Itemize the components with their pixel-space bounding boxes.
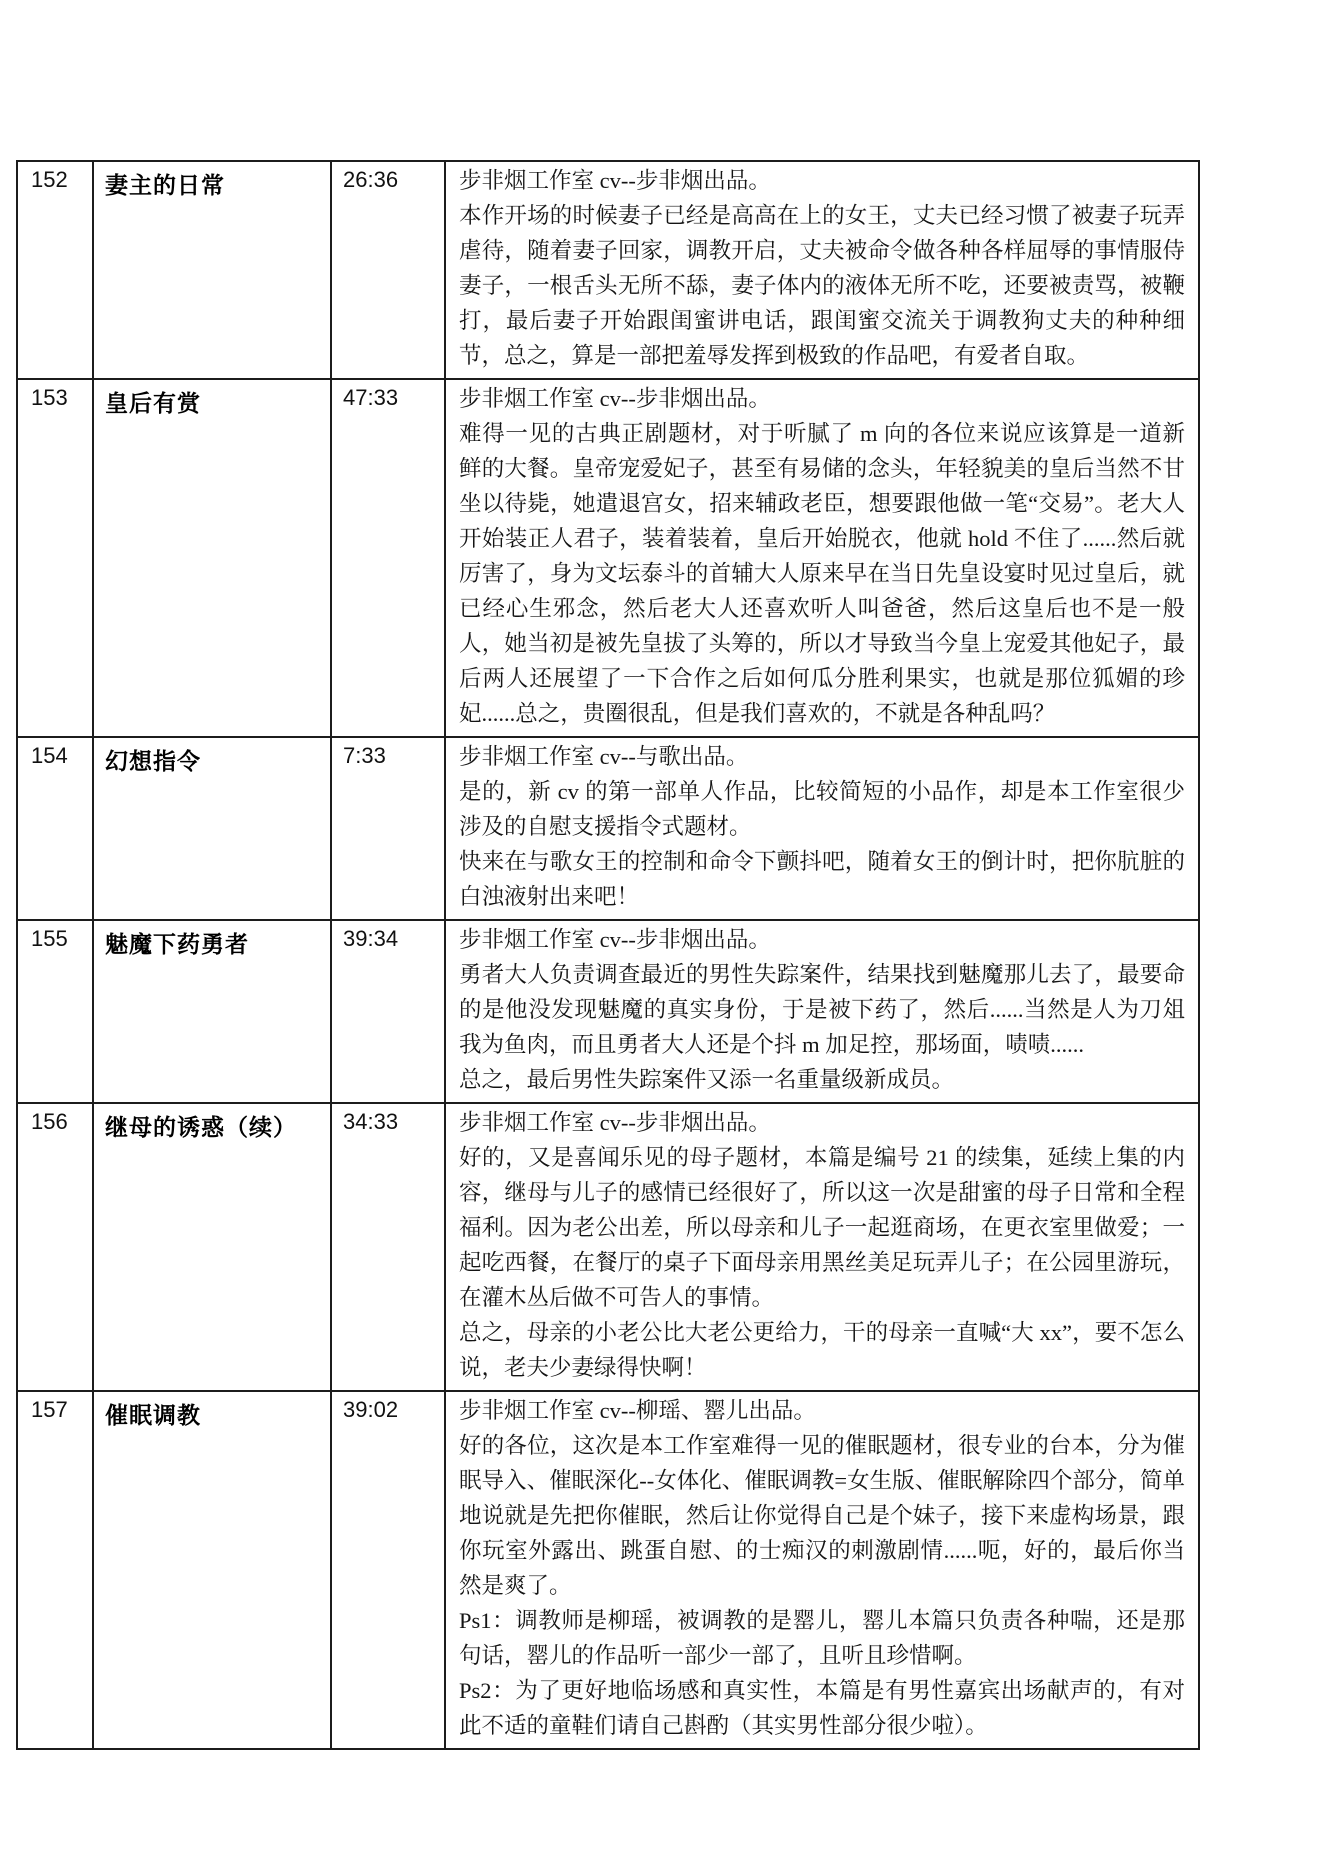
row-duration: 34:33 <box>331 1103 445 1391</box>
description-paragraph: 勇者大人负责调查最近的男性失踪案件，结果找到魅魔那儿去了，最要命的是他没发现魅魔… <box>459 957 1185 1062</box>
description-paragraph: 本作开场的时候妻子已经是高高在上的女王，丈夫已经习惯了被妻子玩弄虐待，随着妻子回… <box>459 198 1185 373</box>
row-title: 皇后有赏 <box>93 379 331 737</box>
description-paragraph: 快来在与歌女王的控制和命令下颤抖吧，随着女王的倒计时，把你肮脏的白浊液射出来吧！ <box>459 844 1185 914</box>
table-row: 153 皇后有赏 47:33 步非烟工作室 cv--步非烟出品。难得一见的古典正… <box>17 379 1199 737</box>
audio-works-table: 152 妻主的日常 26:36 步非烟工作室 cv--步非烟出品。本作开场的时候… <box>16 160 1200 1750</box>
table-row: 156 继母的诱惑（续） 34:33 步非烟工作室 cv--步非烟出品。好的，又… <box>17 1103 1199 1391</box>
row-title: 魅魔下药勇者 <box>93 920 331 1103</box>
row-description: 步非烟工作室 cv--柳瑶、罂儿出品。好的各位，这次是本工作室难得一见的催眠题材… <box>445 1391 1199 1749</box>
row-duration: 47:33 <box>331 379 445 737</box>
row-title: 妻主的日常 <box>93 161 331 379</box>
description-paragraph: 步非烟工作室 cv--步非烟出品。 <box>459 922 1185 957</box>
table-row: 157 催眠调教 39:02 步非烟工作室 cv--柳瑶、罂儿出品。好的各位，这… <box>17 1391 1199 1749</box>
description-paragraph: 步非烟工作室 cv--与歌出品。 <box>459 739 1185 774</box>
row-duration: 7:33 <box>331 737 445 920</box>
row-description: 步非烟工作室 cv--步非烟出品。好的，又是喜闻乐见的母子题材，本篇是编号 21… <box>445 1103 1199 1391</box>
row-duration: 39:34 <box>331 920 445 1103</box>
row-number: 153 <box>17 379 93 737</box>
row-title: 继母的诱惑（续） <box>93 1103 331 1391</box>
description-paragraph: 步非烟工作室 cv--步非烟出品。 <box>459 163 1185 198</box>
table-row: 154 幻想指令 7:33 步非烟工作室 cv--与歌出品。是的，新 cv 的第… <box>17 737 1199 920</box>
row-number: 155 <box>17 920 93 1103</box>
description-paragraph: 好的各位，这次是本工作室难得一见的催眠题材，很专业的台本，分为催眠导入、催眠深化… <box>459 1428 1185 1603</box>
description-paragraph: 难得一见的古典正剧题材，对于听腻了 m 向的各位来说应该算是一道新鲜的大餐。皇帝… <box>459 416 1185 731</box>
row-number: 154 <box>17 737 93 920</box>
description-paragraph: Ps2：为了更好地临场感和真实性，本篇是有男性嘉宾出场献声的，有对此不适的童鞋们… <box>459 1673 1185 1743</box>
description-paragraph: 总之，母亲的小老公比大老公更给力，干的母亲一直喊“大 xx”，要不怎么说，老夫少… <box>459 1315 1185 1385</box>
row-duration: 39:02 <box>331 1391 445 1749</box>
description-paragraph: 总之，最后男性失踪案件又添一名重量级新成员。 <box>459 1062 1185 1097</box>
description-paragraph: 步非烟工作室 cv--柳瑶、罂儿出品。 <box>459 1393 1185 1428</box>
description-paragraph: 好的，又是喜闻乐见的母子题材，本篇是编号 21 的续集，延续上集的内容，继母与儿… <box>459 1140 1185 1315</box>
row-description: 步非烟工作室 cv--步非烟出品。勇者大人负责调查最近的男性失踪案件，结果找到魅… <box>445 920 1199 1103</box>
row-title: 催眠调教 <box>93 1391 331 1749</box>
row-number: 156 <box>17 1103 93 1391</box>
row-number: 157 <box>17 1391 93 1749</box>
description-paragraph: 步非烟工作室 cv--步非烟出品。 <box>459 381 1185 416</box>
description-paragraph: Ps1：调教师是柳瑶，被调教的是罂儿，罂儿本篇只负责各种喘，还是那句话，罂儿的作… <box>459 1603 1185 1673</box>
document-page: { "page": { "background": "#ffffff", "bo… <box>0 0 1323 1871</box>
description-paragraph: 是的，新 cv 的第一部单人作品，比较简短的小品作，却是本工作室很少涉及的自慰支… <box>459 774 1185 844</box>
row-number: 152 <box>17 161 93 379</box>
description-paragraph: 步非烟工作室 cv--步非烟出品。 <box>459 1105 1185 1140</box>
table-row: 152 妻主的日常 26:36 步非烟工作室 cv--步非烟出品。本作开场的时候… <box>17 161 1199 379</box>
table-row: 155 魅魔下药勇者 39:34 步非烟工作室 cv--步非烟出品。勇者大人负责… <box>17 920 1199 1103</box>
row-duration: 26:36 <box>331 161 445 379</box>
row-description: 步非烟工作室 cv--与歌出品。是的，新 cv 的第一部单人作品，比较简短的小品… <box>445 737 1199 920</box>
row-title: 幻想指令 <box>93 737 331 920</box>
row-description: 步非烟工作室 cv--步非烟出品。难得一见的古典正剧题材，对于听腻了 m 向的各… <box>445 379 1199 737</box>
row-description: 步非烟工作室 cv--步非烟出品。本作开场的时候妻子已经是高高在上的女王，丈夫已… <box>445 161 1199 379</box>
